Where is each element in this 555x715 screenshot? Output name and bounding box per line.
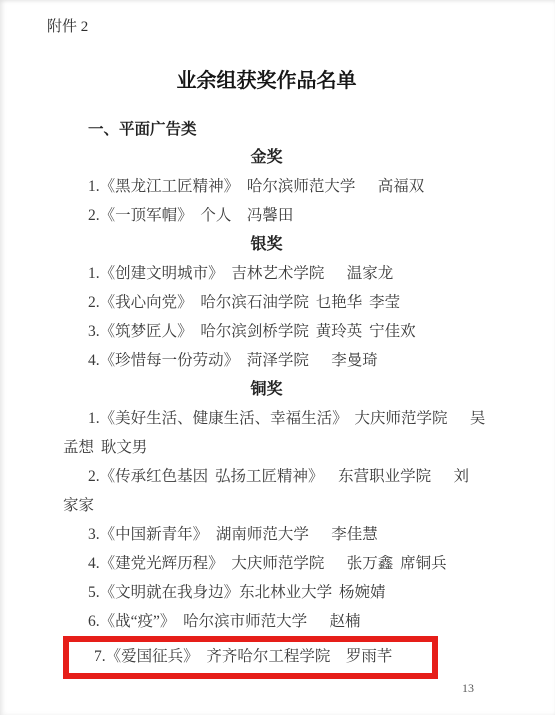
award-item: 2.《我心向党》 哈尔滨石油学院 乜艳华 李莹 (63, 288, 470, 317)
award-item: 1.《创建文明城市》 吉林艺术学院 温家龙 (63, 259, 470, 288)
award-item: 6.《战“疫”》 哈尔滨市师范大学 赵楠 (63, 607, 470, 636)
award-item-continuation: 孟想 耿文男 (63, 433, 470, 462)
award-item: 4.《珍惜每一份劳动》 菏泽学院 李曼琦 (63, 346, 470, 375)
scanned-document-page: { "page": { "attachment_label": "附件 2", … (0, 0, 555, 715)
award-item-line: 1.《美好生活、健康生活、幸福生活》 大庆师范学院 吴 (63, 404, 470, 433)
award-item-continuation: 家家 (63, 491, 470, 520)
document-body: 业余组获奖作品名单 一、平面广告类 金奖 1.《黑龙江工匠精神》 哈尔滨师范大学… (63, 0, 470, 679)
award-item-line: 2.《传承红色基因 弘扬工匠精神》 东营职业学院 刘 (63, 462, 470, 491)
award-item: 1.《黑龙江工匠精神》 哈尔滨师范大学 高福双 (63, 172, 470, 201)
award-item: 3.《中国新青年》 湖南师范大学 李佳慧 (63, 520, 470, 549)
gold-award-heading: 金奖 (63, 143, 470, 172)
document-title: 业余组获奖作品名单 (63, 66, 470, 96)
page-number: 13 (462, 681, 474, 695)
highlighted-award-item: 7.《爱国征兵》 齐齐哈尔工程学院 罗雨芊 (69, 642, 432, 671)
silver-award-heading: 银奖 (63, 230, 470, 259)
award-item: 3.《筑梦匠人》 哈尔滨剑桥学院 黄玲英 宁佳欢 (63, 317, 470, 346)
award-item: 4.《建党光辉历程》 大庆师范学院 张万鑫 席铜兵 (63, 549, 470, 578)
award-item: 5.《文明就在我身边》东北林业大学 杨婉婧 (63, 578, 470, 607)
bronze-award-heading: 铜奖 (63, 375, 470, 404)
highlight-box: 7.《爱国征兵》 齐齐哈尔工程学院 罗雨芊 (63, 636, 438, 679)
category-heading: 一、平面广告类 (63, 122, 470, 138)
award-item: 2.《一顶军帽》 个人 冯馨田 (63, 201, 470, 230)
